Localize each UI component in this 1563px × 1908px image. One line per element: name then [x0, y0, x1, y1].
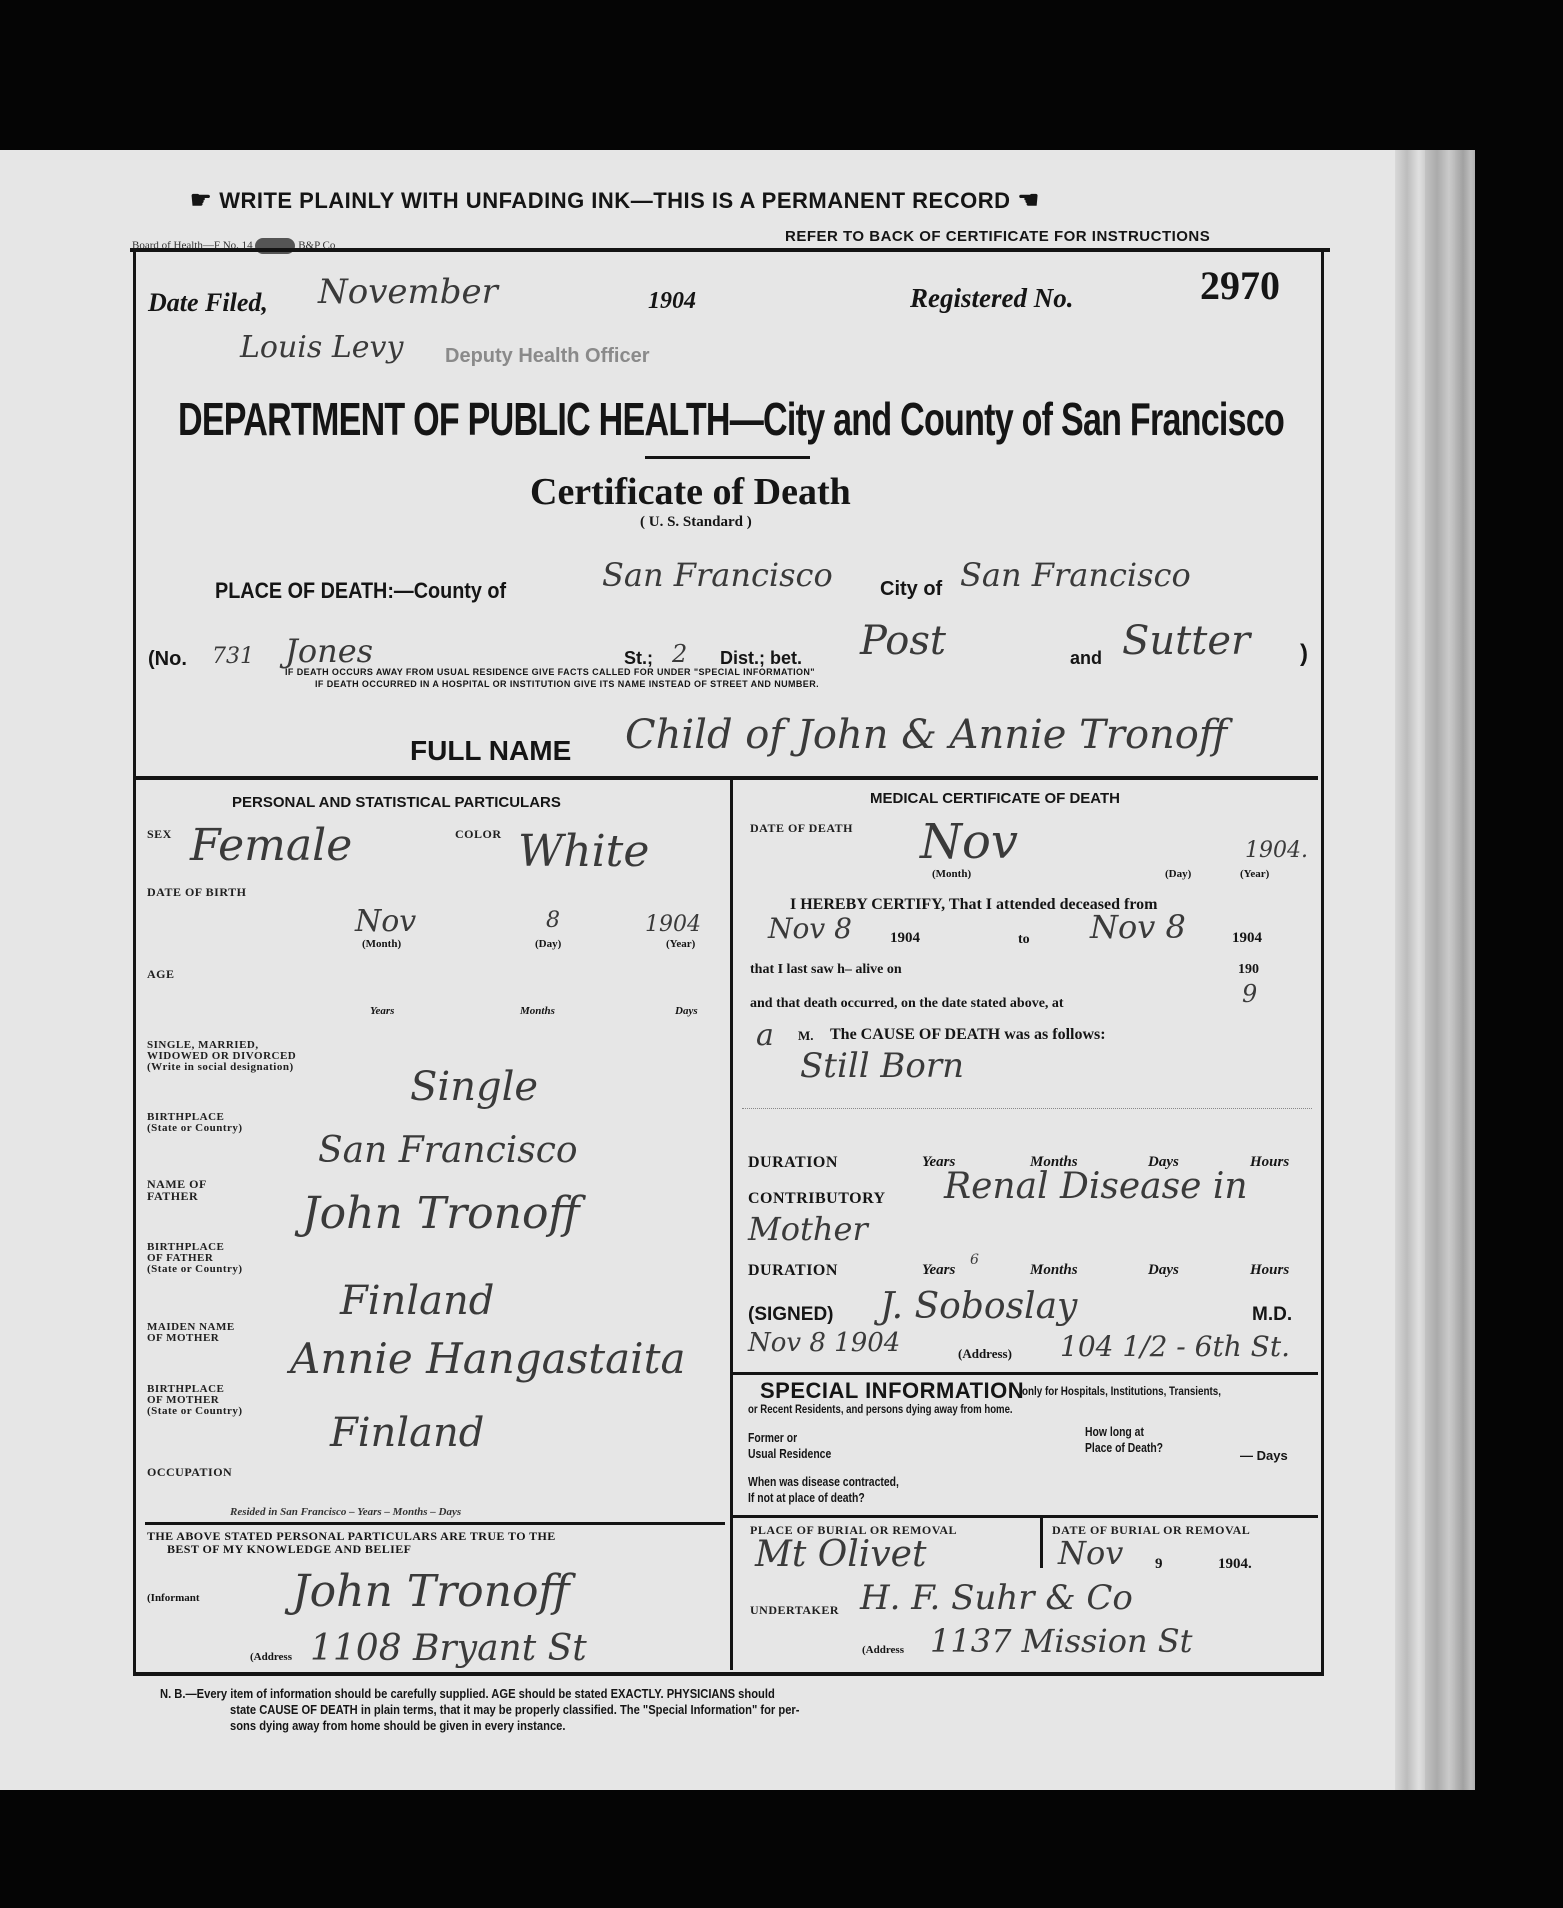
blank-line: [742, 1108, 1312, 1109]
contracted-1: When was disease contracted,: [748, 1474, 899, 1490]
pointing-hand-icon: ☛: [190, 187, 219, 214]
death-hour: 9: [1242, 980, 1257, 1008]
county-value: San Francisco: [602, 556, 833, 594]
page-edge: [1395, 150, 1425, 1790]
undertaker-address-label: (Address: [862, 1644, 904, 1656]
how-long-1: How long at: [1085, 1424, 1144, 1440]
month-caption: (Month): [932, 868, 971, 880]
sex-value: Female: [190, 820, 352, 871]
district-value: 2: [672, 640, 687, 668]
undertaker-label: UNDERTAKER: [750, 1604, 839, 1616]
last-saw-year: 190: [1238, 962, 1259, 978]
dob-label: DATE OF BIRTH: [147, 886, 246, 898]
duration-years: Years: [922, 1262, 955, 1279]
contributory-value: Renal Disease in: [944, 1166, 1248, 1207]
city-label: City of: [880, 578, 942, 601]
contrib-duration-value: 6: [970, 1252, 979, 1268]
officer-title: Deputy Health Officer: [445, 345, 649, 368]
cause-label: The CAUSE OF DEATH was as follows:: [830, 1026, 1106, 1044]
duration-hours: Hours: [1250, 1262, 1289, 1279]
place-note-1: IF DEATH OCCURS AWAY FROM USUAL RESIDENC…: [285, 666, 819, 678]
page-edge: [1455, 150, 1475, 1790]
street-number: 731: [212, 644, 254, 669]
dob-year: 1904: [645, 912, 701, 937]
attended-from-year: 1904: [890, 930, 920, 947]
place-note: IF DEATH OCCURS AWAY FROM USUAL RESIDENC…: [285, 666, 819, 690]
place-of-death-label: PLACE OF DEATH:—County of: [215, 578, 538, 604]
age-days-caption: Days: [675, 1005, 698, 1017]
m-label: M.: [798, 1028, 814, 1044]
city-value: San Francisco: [960, 556, 1191, 594]
dob-day: 8: [546, 908, 560, 933]
mother-birthplace-label: BIRTHPLACE OF MOTHER (State or Country): [147, 1384, 243, 1417]
registered-number: 2970: [1200, 262, 1280, 309]
special-info-sub-2-text: or Recent Residents, and persons dying a…: [748, 1402, 1013, 1416]
duration-months: Months: [1030, 1262, 1078, 1279]
column-divider: [730, 780, 733, 1670]
signed-date: Nov 8 1904: [748, 1328, 900, 1358]
and-label: and: [1070, 648, 1102, 669]
death-occurred-line: and that death occurred, on the date sta…: [750, 996, 1064, 1012]
physician-address-value: 104 1/2 - 6th St.: [1060, 1330, 1290, 1363]
father-bp-label-3: (State or Country): [147, 1264, 243, 1275]
undertaker-value: H. F. Suhr & Co: [860, 1578, 1133, 1618]
color-value: White: [518, 826, 649, 877]
dob-month: Nov: [355, 904, 416, 939]
pointing-hand-icon: ☚: [1010, 187, 1039, 214]
date-of-death-label: DATE OF DEATH: [750, 822, 853, 834]
footnote-line-3: sons dying away from home should be give…: [230, 1718, 565, 1734]
paren: ): [1300, 640, 1308, 668]
year-caption: (Year): [666, 938, 695, 950]
special-info-sub-2: or Recent Residents, and persons dying a…: [748, 1402, 1079, 1416]
marital-label-3: (Write in social designation): [147, 1062, 296, 1073]
birthplace-label: BIRTHPLACE (State or Country): [147, 1112, 243, 1134]
footnote: N. B.—Every item of information should b…: [160, 1686, 892, 1734]
father-birthplace-label: BIRTHPLACE OF FATHER (State or Country): [147, 1242, 243, 1275]
special-info-heading: SPECIAL INFORMATION: [760, 1378, 1024, 1404]
age-years-caption: Years: [370, 1005, 394, 1017]
physician-address-label: (Address): [958, 1346, 1012, 1362]
mother-value: Annie Hangastaita: [290, 1334, 686, 1383]
undertaker-address-value: 1137 Mission St: [930, 1622, 1193, 1660]
place-of-death-label-text: PLACE OF DEATH:—County of: [215, 578, 506, 604]
footnote-line-1: N. B.—Every item of information should b…: [160, 1686, 775, 1702]
day-caption: (Day): [1165, 868, 1191, 880]
contributory-value-2: Mother: [748, 1210, 868, 1248]
divider: [733, 1515, 1318, 1518]
cause-value: Still Born: [800, 1046, 964, 1086]
refer-instructions: REFER TO BACK OF CERTIFICATE FOR INSTRUC…: [785, 228, 1210, 245]
warning-banner: ☛ WRITE PLAINLY WITH UNFADING INK—THIS I…: [190, 186, 1040, 215]
marital-value: Single: [410, 1064, 538, 1110]
full-name-value: Child of John & Annie Tronoff: [625, 712, 1227, 758]
father-label: NAME OF FATHER: [147, 1178, 207, 1202]
department-title: DEPARTMENT OF PUBLIC HEALTH—City and Cou…: [178, 392, 1278, 446]
how-long-2: Place of Death?: [1085, 1440, 1163, 1456]
special-info-sub-text: only for Hospitals, Institutions, Transi…: [1022, 1384, 1221, 1398]
column-divider: [1040, 1518, 1043, 1568]
burial-date-day: 9: [1155, 1556, 1163, 1573]
mother-bp-label-3: (State or Country): [147, 1406, 243, 1417]
father-label-2: FATHER: [147, 1190, 207, 1202]
divider: [733, 1372, 1318, 1375]
mother-birthplace-value: Finland: [330, 1410, 484, 1456]
street-name: Jones: [285, 632, 373, 670]
informant-address-value: 1108 Bryant St: [310, 1628, 587, 1669]
contracted-label: When was disease contracted, If not at p…: [748, 1474, 937, 1506]
certificate-title: Certificate of Death: [530, 470, 851, 514]
day-caption: (Day): [535, 938, 561, 950]
burial-place-value: Mt Olivet: [755, 1534, 926, 1575]
to-label: to: [1018, 932, 1030, 948]
personal-heading: PERSONAL AND STATISTICAL PARTICULARS: [232, 794, 561, 811]
father-birthplace-value: Finland: [340, 1278, 494, 1324]
date-filed-year: 1904: [648, 288, 696, 315]
certificate-frame: [133, 252, 1324, 1676]
footnote-line-2: state CAUSE OF DEATH in plain terms, tha…: [230, 1702, 800, 1718]
year-caption: (Year): [1240, 868, 1269, 880]
divider: [136, 776, 1318, 780]
duration-label: DURATION: [748, 1154, 838, 1172]
mother-label: MAIDEN NAME OF MOTHER: [147, 1322, 235, 1344]
mother-label-2: OF MOTHER: [147, 1333, 235, 1344]
physician-signature: J. Soboslay: [880, 1286, 1077, 1327]
attest-line-2: BEST OF MY KNOWLEDGE AND BELIEF: [167, 1543, 556, 1556]
birthplace-label-2: (State or Country): [147, 1123, 243, 1134]
warning-text: WRITE PLAINLY WITH UNFADING INK—THIS IS …: [219, 188, 1010, 213]
former-label-1: Former or: [748, 1430, 797, 1446]
birthplace-value: San Francisco: [318, 1130, 578, 1171]
signed-label: (SIGNED): [748, 1304, 834, 1326]
md-label: M.D.: [1252, 1304, 1292, 1326]
registered-label: Registered No.: [910, 283, 1073, 314]
contracted-2: If not at place of death?: [748, 1490, 865, 1506]
page-edge: [1425, 150, 1455, 1790]
attended-from-date: Nov 8: [768, 912, 852, 945]
former-residence-label: Former or Usual Residence: [748, 1430, 852, 1462]
divider: [145, 1522, 725, 1525]
age-label: AGE: [147, 968, 175, 980]
date-filed-label: Date Filed,: [148, 288, 268, 318]
standard-subtitle: ( U. S. Standard ): [640, 514, 752, 531]
officer-signature: Louis Levy: [240, 330, 403, 365]
last-saw-line: that I last saw h– alive on: [750, 962, 902, 978]
number-label: (No.: [148, 648, 187, 671]
age-months-caption: Months: [520, 1005, 555, 1017]
attended-to-date: Nov 8: [1090, 908, 1186, 946]
burial-date-month: Nov: [1058, 1534, 1123, 1572]
date-of-death-year: 1904.: [1245, 838, 1308, 863]
medical-heading: MEDICAL CERTIFICATE OF DEATH: [870, 790, 1120, 807]
marital-label: SINGLE, MARRIED, WIDOWED OR DIVORCED (Wr…: [147, 1040, 296, 1073]
color-label: COLOR: [455, 828, 502, 840]
occupation-label: OCCUPATION: [147, 1466, 232, 1478]
father-value: John Tronoff: [302, 1188, 580, 1239]
am-pm: a: [756, 1018, 774, 1053]
special-info-sub: only for Hospitals, Institutions, Transi…: [1022, 1384, 1265, 1398]
former-label-2: Usual Residence: [748, 1446, 831, 1462]
resided-line: Resided in San Francisco – Years – Month…: [230, 1506, 461, 1518]
duration-days: Days: [1148, 1262, 1179, 1279]
place-note-2: IF DEATH OCCURRED IN A HOSPITAL OR INSTI…: [315, 678, 819, 690]
contributory-label: CONTRIBUTORY: [748, 1190, 886, 1208]
sex-label: SEX: [147, 828, 172, 840]
how-long-label: How long at Place of Death?: [1085, 1424, 1183, 1456]
informant-value: John Tronoff: [292, 1566, 570, 1617]
date-of-death-month: Nov: [920, 814, 1018, 870]
informant-label: (Informant: [147, 1592, 200, 1604]
date-filed-month: November: [318, 272, 498, 312]
attended-to-year: 1904: [1232, 930, 1262, 947]
duration-label: DURATION: [748, 1262, 838, 1280]
department-title-text: DEPARTMENT OF PUBLIC HEALTH—City and Cou…: [178, 392, 1284, 446]
divider: [645, 456, 810, 459]
between-street-2: Sutter: [1122, 618, 1250, 664]
duration-hours: Hours: [1250, 1154, 1289, 1171]
full-name-label: FULL NAME: [410, 735, 571, 767]
informant-address-label: (Address: [250, 1651, 292, 1663]
how-long-days: — Days: [1240, 1448, 1288, 1463]
attestation: THE ABOVE STATED PERSONAL PARTICULARS AR…: [147, 1530, 556, 1556]
month-caption: (Month): [362, 938, 401, 950]
burial-date-year: 1904.: [1218, 1556, 1252, 1573]
between-street-1: Post: [860, 618, 946, 664]
